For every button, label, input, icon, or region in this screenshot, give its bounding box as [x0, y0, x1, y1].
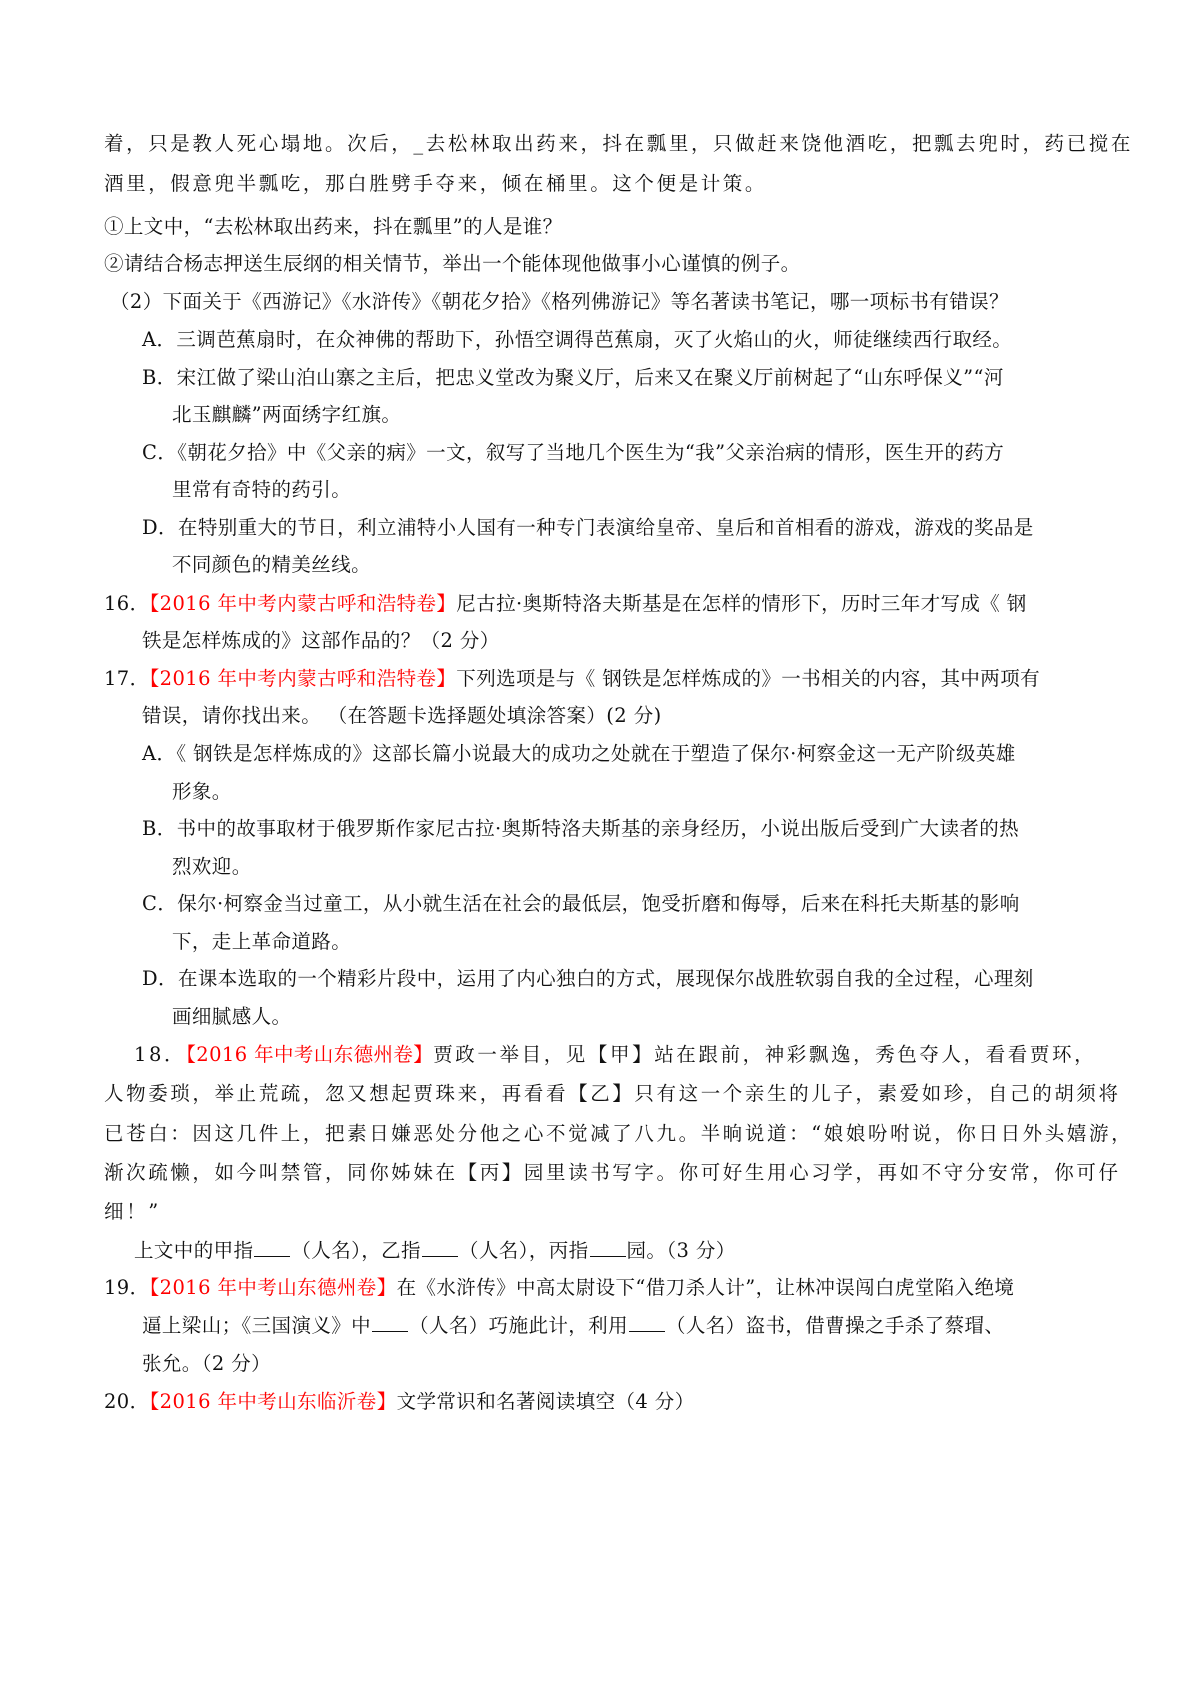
part2-option-b: B．宋江做了梁山泊山寨之主后，把忠义堂改为聚义厅，后来又在聚义厅前树起了“山东呼…: [142, 364, 1004, 392]
option-label: C．: [142, 892, 177, 915]
question-number: 20．: [104, 1390, 150, 1413]
fill-text: 上文中的甲指: [134, 1239, 253, 1262]
option-continuation: 不同颜色的精美丝线。: [172, 551, 371, 579]
q17-option-a: A．《 钢铁是怎样炼成的》这部长篇小说最大的成功之处就在于塑造了保尔·柯察金这一…: [142, 740, 1016, 768]
option-label: B．: [142, 817, 177, 840]
passage-line: 着，只是教人死心塌地。次后，_去松林取出药来，抖在瓢里，只做赶来饶他酒吃，把瓢去…: [104, 130, 1133, 158]
q17-option-d: D．在课本选取的一个精彩片段中，运用了内心独白的方式，展现保尔战胜软弱自我的全过…: [142, 965, 1034, 993]
fill-text: （人名），丙指: [459, 1239, 589, 1262]
q19-line2: 逼上梁山；《三国演义》中（人名）巧施此计，利用（人名）盗书，借曹操之手杀了蔡瑁、: [142, 1312, 1004, 1340]
q17-option-c: C．保尔·柯察金当过童工，从小就生活在社会的最低层，饱受折磨和侮辱，后来在科托夫…: [142, 890, 1020, 918]
fill-text: （人名），乙指: [291, 1239, 421, 1262]
passage-line: 酒里，假意兜半瓢吃，那白胜劈手夺来，倾在桶里。这个便是计策。: [104, 170, 767, 198]
answer-blank-jia[interactable]: [254, 1238, 290, 1257]
passage-line: 人物委琐，举止荒疏，忽又想起贾珠来，再看看【乙】只有这一个亲生的儿子，素爱如珍，…: [104, 1080, 1121, 1108]
fill-text: （人名）巧施此计，利用: [409, 1314, 628, 1337]
source-tag: 【2016 年中考山东临沂卷】: [150, 1390, 397, 1413]
option-text: 三调芭蕉扇时，在众神佛的帮助下，孙悟空调得芭蕉扇，灭了火焰山的火，师徒继续西行取…: [176, 328, 1012, 351]
option-text: 书中的故事取材于俄罗斯作家尼古拉·奥斯特洛夫斯基的亲身经历，小说出版后受到广大读…: [177, 817, 1019, 840]
part2-option-c: C．《朝花夕拾》中《父亲的病》一文，叙写了当地几个医生为“我”父亲治病的情形，医…: [142, 439, 1004, 467]
option-label: C．: [142, 441, 177, 464]
option-continuation: 烈欢迎。: [172, 853, 252, 881]
question-number: 19．: [104, 1276, 150, 1299]
part2-option-d: D．在特别重大的节日，利立浦特小人国有一种专门表演给皇帝、皇后和首相看的游戏，游…: [142, 514, 1034, 542]
q17-option-b: B．书中的故事取材于俄罗斯作家尼古拉·奥斯特洛夫斯基的亲身经历，小说出版后受到广…: [142, 815, 1019, 843]
fill-text: 逼上梁山；《三国演义》中: [142, 1314, 371, 1337]
answer-blank-yi[interactable]: [422, 1238, 458, 1257]
question-text: 尼古拉·奥斯特洛夫斯基是在怎样的情形下，历时三年才写成《 钢: [456, 592, 1026, 615]
question-19: 19．【2016 年中考山东德州卷】在《水浒传》中高太尉设下“借刀杀人计”，让林…: [104, 1274, 1014, 1302]
question-17: 17．【2016 年中考内蒙古呼和浩特卷】下列选项是与《 钢铁是怎样炼成的》一书…: [104, 665, 1040, 693]
question-number: 17．: [104, 667, 150, 690]
source-tag: 【2016 年中考山东德州卷】: [186, 1043, 433, 1066]
sub-question-1: ①上文中，“去松林取出药来，抖在瓢里”的人是谁？: [104, 213, 563, 241]
option-text: 《 钢铁是怎样炼成的》这部长篇小说最大的成功之处就在于塑造了保尔·柯察金这一无产…: [176, 742, 1015, 765]
option-label: A．: [142, 742, 176, 765]
exam-page: 着，只是教人死心塌地。次后，_去松林取出药来，抖在瓢里，只做赶来饶他酒吃，把瓢去…: [0, 0, 1200, 1698]
fill-text: 园。（3 分）: [627, 1239, 736, 1262]
question-text: 下列选项是与《 钢铁是怎样炼成的》一书相关的内容，其中两项有: [456, 667, 1040, 690]
question-18: 18．【2016 年中考山东德州卷】贾政一举目，见【甲】站在跟前，神彩飘逸，秀色…: [134, 1041, 1096, 1069]
answer-blank-bing[interactable]: [590, 1238, 626, 1257]
question-continuation: 铁是怎样炼成的》这部作品的？（2 分）: [142, 627, 500, 655]
answer-blank-1[interactable]: [372, 1313, 408, 1332]
option-text: 《朝花夕拾》中《父亲的病》一文，叙写了当地几个医生为“我”父亲治病的情形，医生开…: [177, 441, 1004, 464]
option-continuation: 北玉麒麟”两面绣字红旗。: [172, 401, 401, 429]
question-continuation: 张允。（2 分）: [142, 1350, 271, 1378]
option-continuation: 画细腻感人。: [172, 1003, 291, 1031]
question-continuation: 错误，请你找出来。 （在答题卡选择题处填涂答案）(2 分): [142, 702, 662, 730]
option-text: 保尔·柯察金当过童工，从小就生活在社会的最低层，饱受折磨和侮辱，后来在科托夫斯基…: [177, 892, 1019, 915]
passage-line: 渐次疏懒，如今叫禁管，同你姊妹在【丙】园里读书写字。你可好生用心习学，再如不守分…: [104, 1159, 1121, 1187]
q18-fill-blank: 上文中的甲指（人名），乙指（人名），丙指园。（3 分）: [134, 1237, 736, 1265]
source-tag: 【2016 年中考内蒙古呼和浩特卷】: [150, 592, 457, 615]
passage-line: 已苍白：因这几件上，把素日嫌恶处分他之心不觉减了八九。半晌说道：“娘娘吩咐说，你…: [104, 1120, 1133, 1148]
option-continuation: 里常有奇特的药引。: [172, 476, 351, 504]
option-continuation: 下，走上革命道路。: [172, 928, 351, 956]
option-label: D．: [142, 516, 178, 539]
option-continuation: 形象。: [172, 778, 232, 806]
answer-blank-2[interactable]: [629, 1313, 665, 1332]
question-text: 在《水浒传》中高太尉设下“借刀杀人计”，让林冲误闯白虎堂陷入绝境: [397, 1276, 1015, 1299]
question-text: 贾政一举目，见【甲】站在跟前，神彩飘逸，秀色夺人，看看贾环，: [433, 1043, 1096, 1066]
question-16: 16．【2016 年中考内蒙古呼和浩特卷】尼古拉·奥斯特洛夫斯基是在怎样的情形下…: [104, 590, 1027, 618]
option-label: D．: [142, 967, 178, 990]
question-20: 20．【2016 年中考山东临沂卷】文学常识和名著阅读填空（4 分）: [104, 1388, 695, 1416]
sub-question-2: ②请结合杨志押送生辰纲的相关情节，举出一个能体现他做事小心谨慎的例子。: [104, 250, 801, 278]
question-number: 18．: [134, 1043, 186, 1066]
option-text: 在课本选取的一个精彩片段中，运用了内心独白的方式，展现保尔战胜软弱自我的全过程，…: [178, 967, 1034, 990]
part2-option-a: A．三调芭蕉扇时，在众神佛的帮助下，孙悟空调得芭蕉扇，灭了火焰山的火，师徒继续西…: [142, 326, 1012, 354]
part2-stem: （2）下面关于《西游记》《水浒传》《朝花夕拾》《格列佛游记》等名著读书笔记，哪一…: [110, 288, 1009, 316]
option-text: 宋江做了梁山泊山寨之主后，把忠义堂改为聚义厅，后来又在聚义厅前树起了“山东呼保义…: [177, 366, 1004, 389]
question-text: 文学常识和名著阅读填空（4 分）: [397, 1390, 695, 1413]
source-tag: 【2016 年中考内蒙古呼和浩特卷】: [150, 667, 457, 690]
question-number: 16．: [104, 592, 150, 615]
fill-text: （人名）盗书，借曹操之手杀了蔡瑁、: [666, 1314, 1004, 1337]
source-tag: 【2016 年中考山东德州卷】: [150, 1276, 397, 1299]
passage-line: 细！”: [104, 1198, 161, 1226]
option-label: A．: [142, 328, 176, 351]
option-text: 在特别重大的节日，利立浦特小人国有一种专门表演给皇帝、皇后和首相看的游戏，游戏的…: [178, 516, 1034, 539]
option-label: B．: [142, 366, 177, 389]
